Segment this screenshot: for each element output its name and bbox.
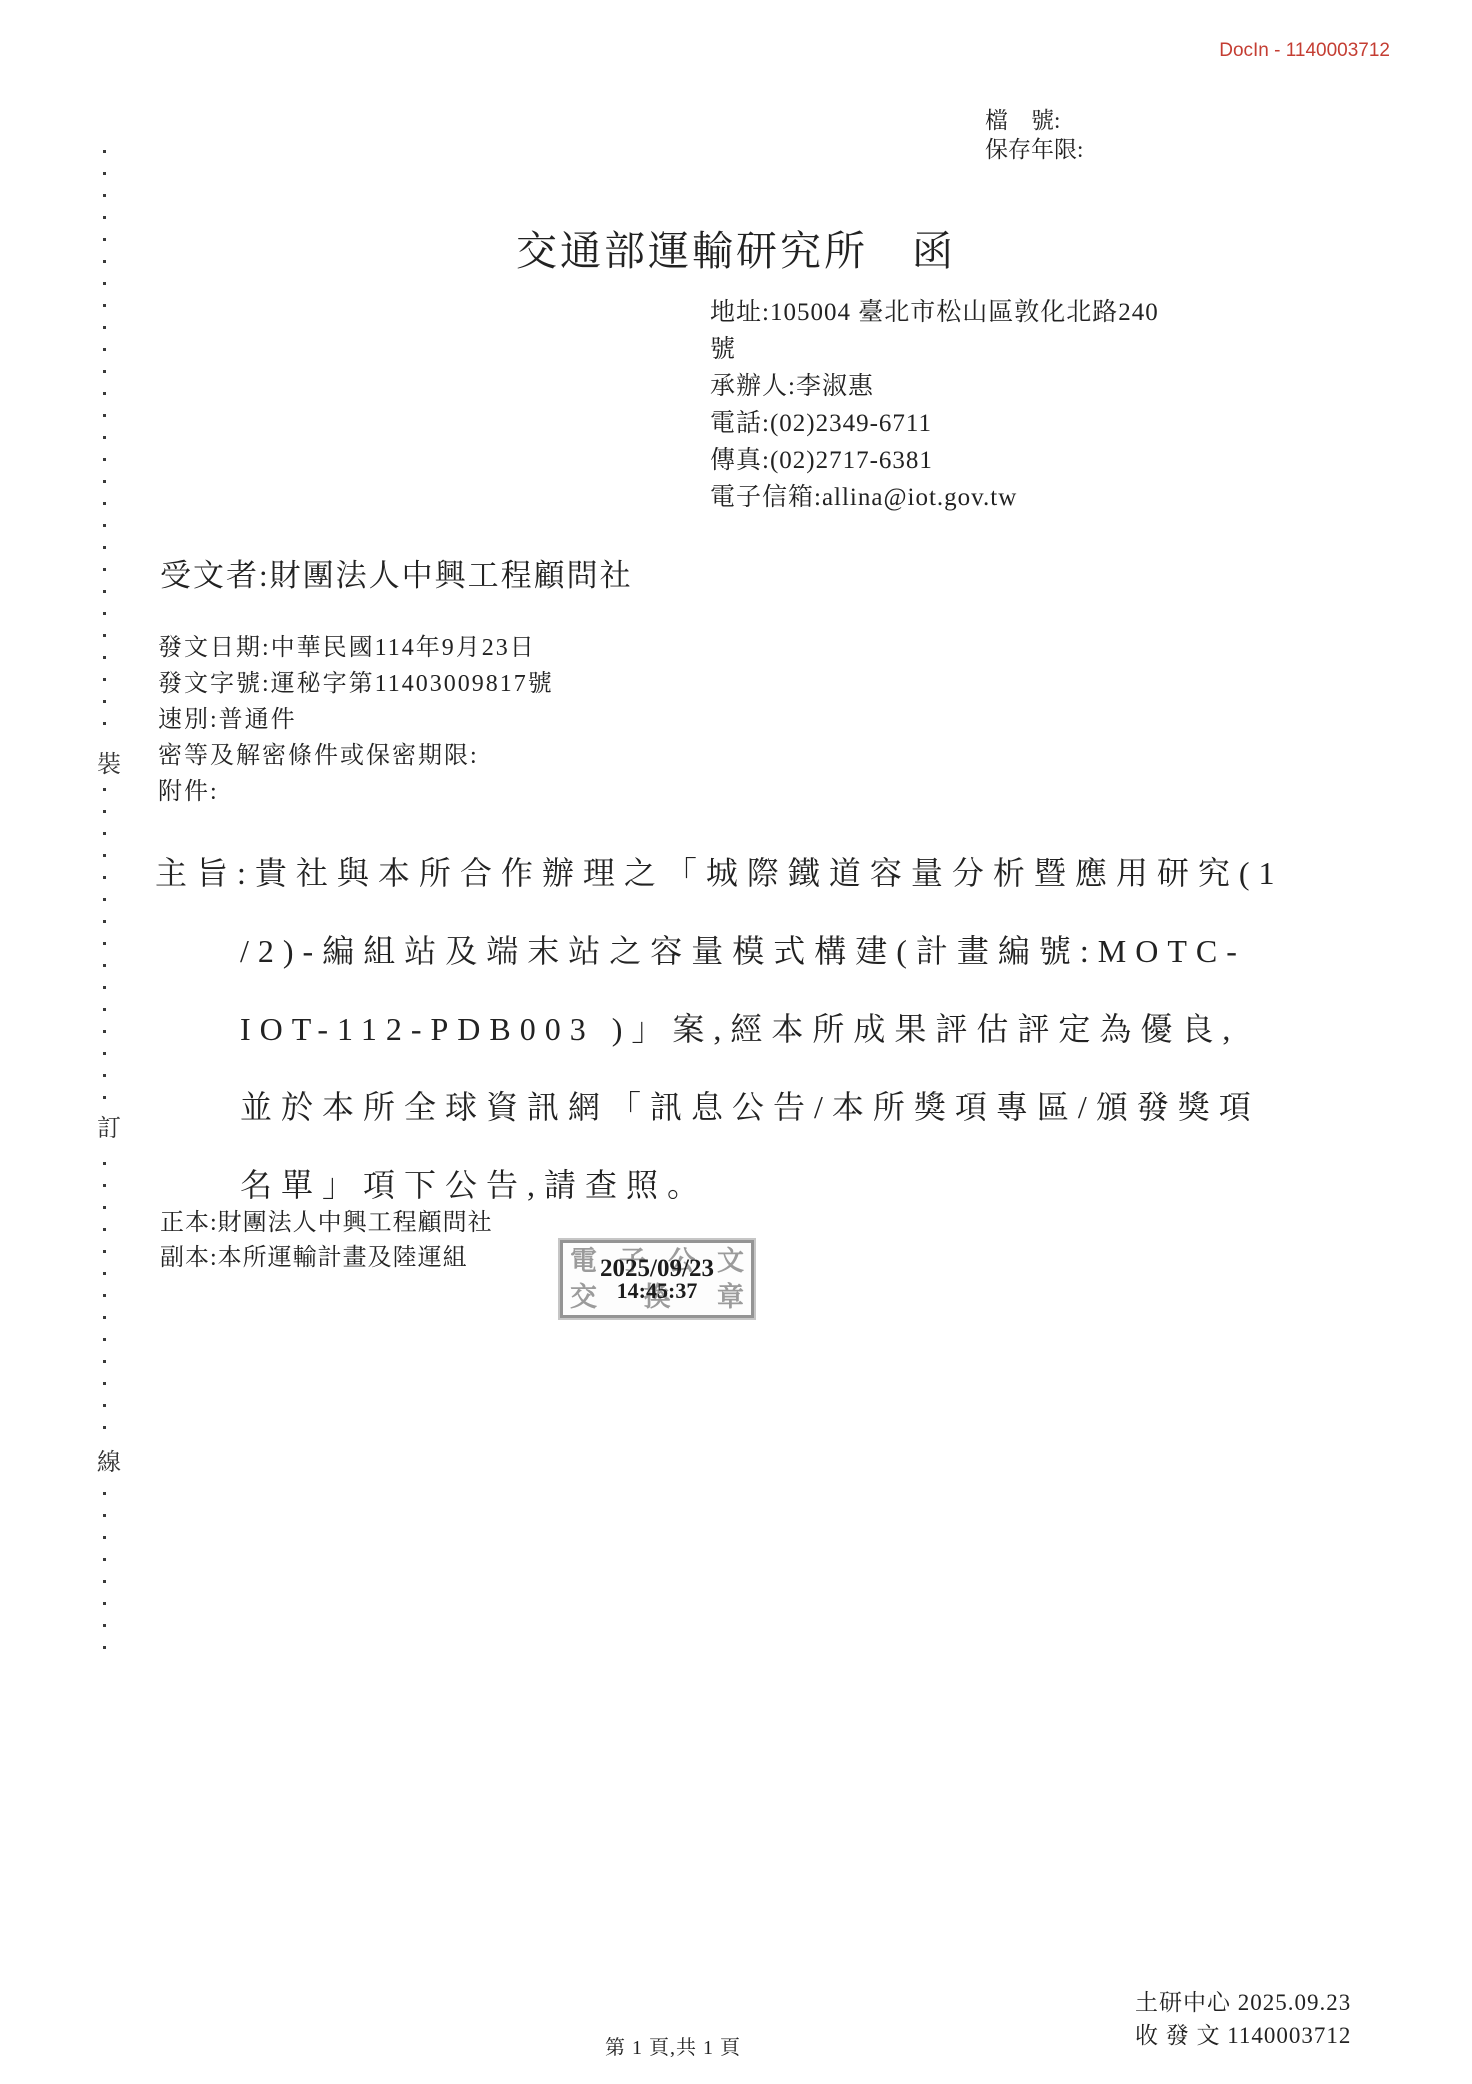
receipt-document-number: 收 發 文 1140003712 — [1135, 2019, 1351, 2052]
subject-line-2: /2)-編組站及端末站之容量模式構建(計畫編號:MOTC- — [240, 926, 1246, 972]
binding-mark-zhuang: 裝 — [95, 738, 123, 785]
attachment-line: 附件: — [158, 774, 554, 810]
sender-address-line1: 地址:105004 臺北市松山區敦化北路240 — [710, 294, 1159, 331]
file-number-block: 檔 號: 保存年限: — [985, 106, 1083, 164]
original-recipient-line: 正本:財團法人中興工程顧問社 — [160, 1206, 493, 1241]
cc-recipient-line: 副本:本所運輸計畫及陸運組 — [160, 1241, 493, 1276]
sender-email: 電子信箱:allina@iot.gov.tw — [710, 479, 1159, 516]
subject-line-5: 名單」項下公告,請查照。 — [240, 1160, 708, 1206]
docin-reference: DocIn - 1140003712 — [1219, 40, 1390, 62]
retention-period-label: 保存年限: — [985, 135, 1083, 164]
receipt-center-date: 土研中心 2025.09.23 — [1135, 1986, 1351, 2019]
sender-contact: 承辦人:李淑惠 — [710, 368, 1159, 405]
sender-address-line2: 號 — [710, 331, 1159, 368]
issue-date-line: 發文日期:中華民國114年9月23日 — [158, 630, 554, 666]
stamp-datetime: 2025/09/23 14:45:37 — [563, 1243, 751, 1315]
stamp-time: 14:45:37 — [617, 1281, 698, 1301]
subject-line-3: IOT-112-PDB003 )」案,經本所成果評估評定為優良, — [240, 1004, 1239, 1050]
priority-line: 速別:普通件 — [158, 702, 554, 738]
recipient-line: 受文者:財團法人中興工程顧問社 — [160, 550, 633, 595]
file-number-label: 檔 號: — [985, 106, 1083, 135]
security-classification-line: 密等及解密條件或保密期限: — [158, 738, 554, 774]
sender-info-block: 地址:105004 臺北市松山區敦化北路240 號 承辦人:李淑惠 電話:(02… — [710, 294, 1159, 516]
binding-mark-xian: 線 — [95, 1436, 123, 1483]
subject-line-4: 並於本所全球資訊網「訊息公告/本所獎項專區/頒發獎項 — [240, 1082, 1260, 1128]
sender-fax: 傳真:(02)2717-6381 — [710, 442, 1159, 479]
document-meta-block: 發文日期:中華民國114年9月23日 發文字號:運秘字第11403009817號… — [158, 630, 554, 810]
document-number-line: 發文字號:運秘字第11403009817號 — [158, 666, 554, 702]
document-title: 交通部運輸研究所 函 — [0, 218, 1472, 277]
subject-line-1: 主旨:貴社與本所合作辦理之「城際鐵道容量分析暨應用研究(1 — [155, 848, 1284, 894]
official-letter-page: DocIn - 1140003712 檔 號: 保存年限: 交通部運輸研究所 函… — [0, 0, 1472, 2084]
page-number: 第 1 頁,共 1 頁 — [605, 2031, 741, 2060]
receipt-registry-block: 土研中心 2025.09.23 收 發 文 1140003712 — [1135, 1986, 1351, 2052]
binding-mark-ding: 訂 — [95, 1102, 123, 1149]
electronic-exchange-stamp: 電子公文 交換章 2025/09/23 14:45:37 — [560, 1240, 754, 1318]
binding-dotted-line — [103, 150, 106, 1650]
sender-telephone: 電話:(02)2349-6711 — [710, 405, 1159, 442]
copies-block: 正本:財團法人中興工程顧問社 副本:本所運輸計畫及陸運組 — [160, 1206, 493, 1276]
